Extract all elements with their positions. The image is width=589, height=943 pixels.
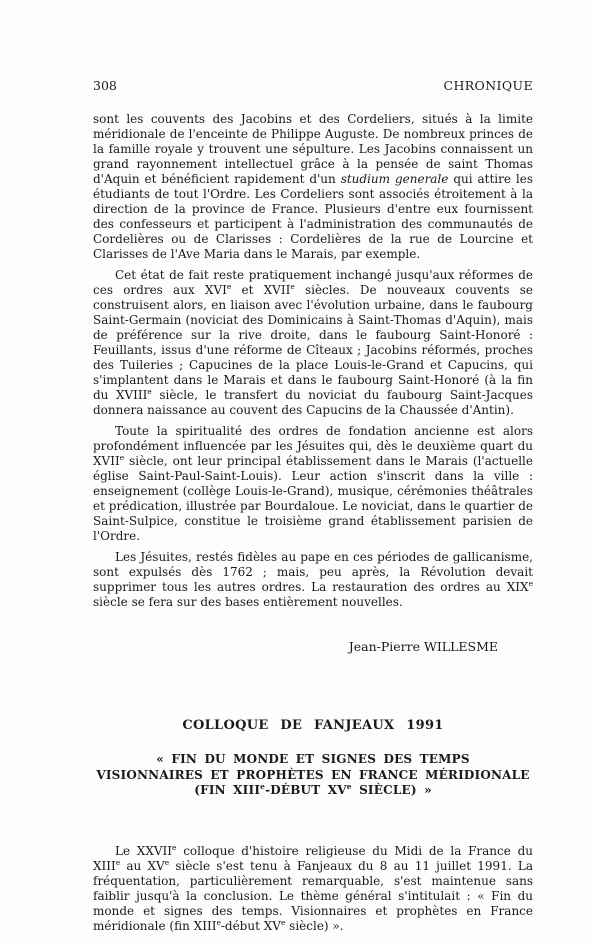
page-header: 308 CHRONIQUE <box>93 78 533 93</box>
chronique-article-body: sont les couvents des Jacobins et des Co… <box>93 112 533 610</box>
paragraph: (FIN XIIIe-DÉBUT XVe SIÈCLE) » <box>93 783 533 799</box>
running-title: CHRONIQUE <box>443 78 533 93</box>
paragraph: « FIN DU MONDE ET SIGNES DES TEMPS <box>93 752 533 768</box>
paragraph: Le XXVIIe colloque d'histoire religieuse… <box>93 844 533 934</box>
paragraph: sont les couvents des Jacobins et des Co… <box>93 112 533 262</box>
author-signature: Jean-Pierre WILLESME <box>93 639 533 654</box>
colloque-subtitle: « FIN DU MONDE ET SIGNES DES TEMPSVISION… <box>93 752 533 799</box>
paragraph: Cet état de fait reste pratiquement inch… <box>93 268 533 418</box>
paragraph: Les Jésuites, restés fidèles au pape en … <box>93 550 533 610</box>
journal-page: 308 CHRONIQUE sont les couvents des Jaco… <box>0 0 589 943</box>
colloque-intro: Le XXVIIe colloque d'histoire religieuse… <box>93 844 533 934</box>
paragraph: VISIONNAIRES ET PROPHÈTES EN FRANCE MÉRI… <box>93 768 533 784</box>
page-content: 308 CHRONIQUE sont les couvents des Jaco… <box>93 78 533 940</box>
page-number: 308 <box>93 78 117 93</box>
colloque-section-title: COLLOQUE DE FANJEAUX 1991 <box>93 718 533 733</box>
paragraph: Toute la spiritualité des ordres de fond… <box>93 424 533 544</box>
